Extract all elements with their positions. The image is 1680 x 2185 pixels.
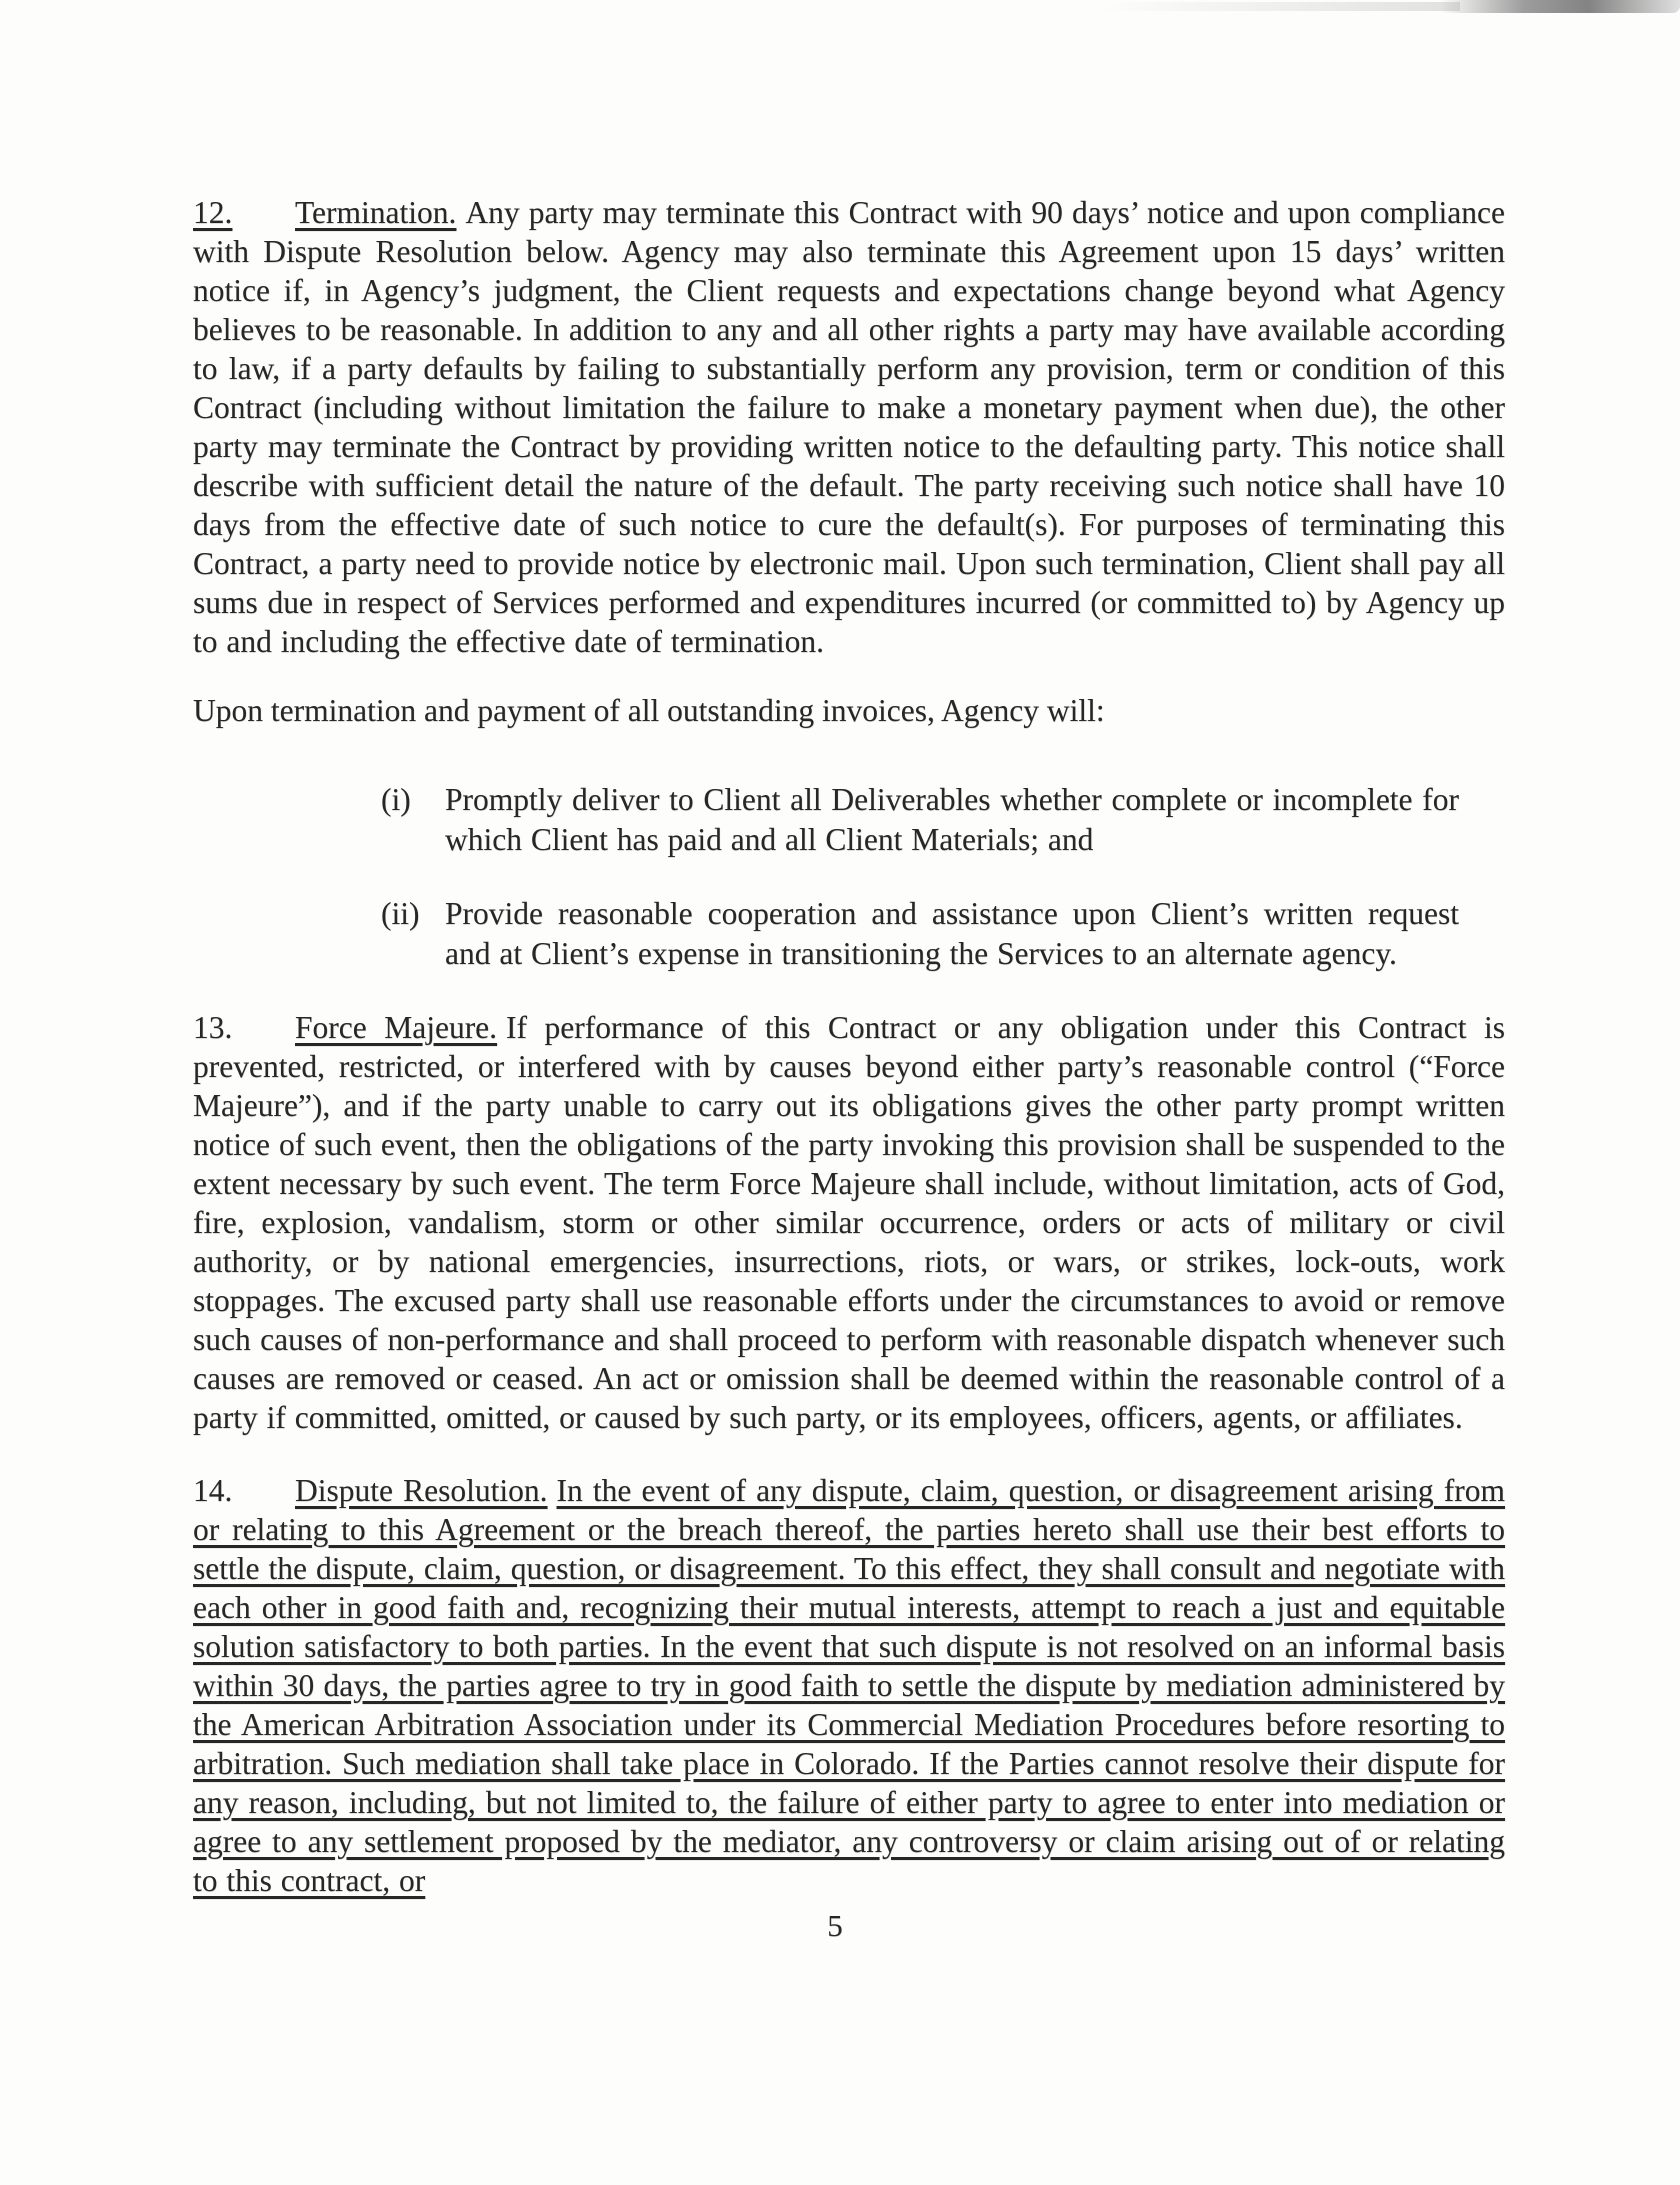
list-item-cooperation: (ii)Provide reasonable cooperation and a…: [445, 894, 1459, 974]
section-dispute-resolution-body: In the event of any dispute, claim, ques…: [193, 1473, 1505, 1898]
section-termination-number: 12.: [193, 195, 232, 230]
section-force-majeure: 13.Force Majeure.If performance of this …: [193, 1008, 1505, 1437]
section-termination-heading: Termination.: [295, 195, 456, 230]
list-item-i-text: Promptly deliver to Client all Deliverab…: [445, 782, 1459, 857]
page-number: 5: [179, 1908, 1491, 1944]
section-dispute-resolution: 14.Dispute Resolution.In the event of an…: [193, 1471, 1505, 1900]
section-force-majeure-number-cell: 13.: [193, 1008, 295, 1047]
scan-streak-dark: [1440, 0, 1680, 13]
section-force-majeure-number: 13.: [193, 1010, 232, 1045]
list-item-i-marker: (i): [381, 780, 445, 820]
section-force-majeure-body: If performance of this Contract or any o…: [193, 1010, 1505, 1435]
section-termination-body: Any party may terminate this Contract wi…: [193, 195, 1505, 659]
section-termination: 12.Termination.Any party may terminate t…: [193, 193, 1505, 661]
section-dispute-resolution-heading: Dispute Resolution.: [295, 1473, 548, 1508]
section-force-majeure-heading: Force Majeure.: [295, 1010, 497, 1045]
section-dispute-resolution-number-cell: 14.: [193, 1471, 295, 1510]
list-item-ii-text: Provide reasonable cooperation and assis…: [445, 896, 1459, 971]
section-dispute-resolution-number: 14.: [193, 1473, 232, 1508]
list-item-deliverables: (i)Promptly deliver to Client all Delive…: [445, 780, 1459, 860]
section-termination-number-cell: 12.: [193, 193, 295, 232]
scan-streak-faint: [1100, 2, 1460, 11]
termination-followup-paragraph: Upon termination and payment of all outs…: [193, 691, 1505, 730]
list-item-ii-marker: (ii): [381, 894, 445, 934]
scanned-contract-page: 12.Termination.Any party may terminate t…: [0, 0, 1680, 2185]
page-content: 12.Termination.Any party may terminate t…: [193, 193, 1505, 1944]
